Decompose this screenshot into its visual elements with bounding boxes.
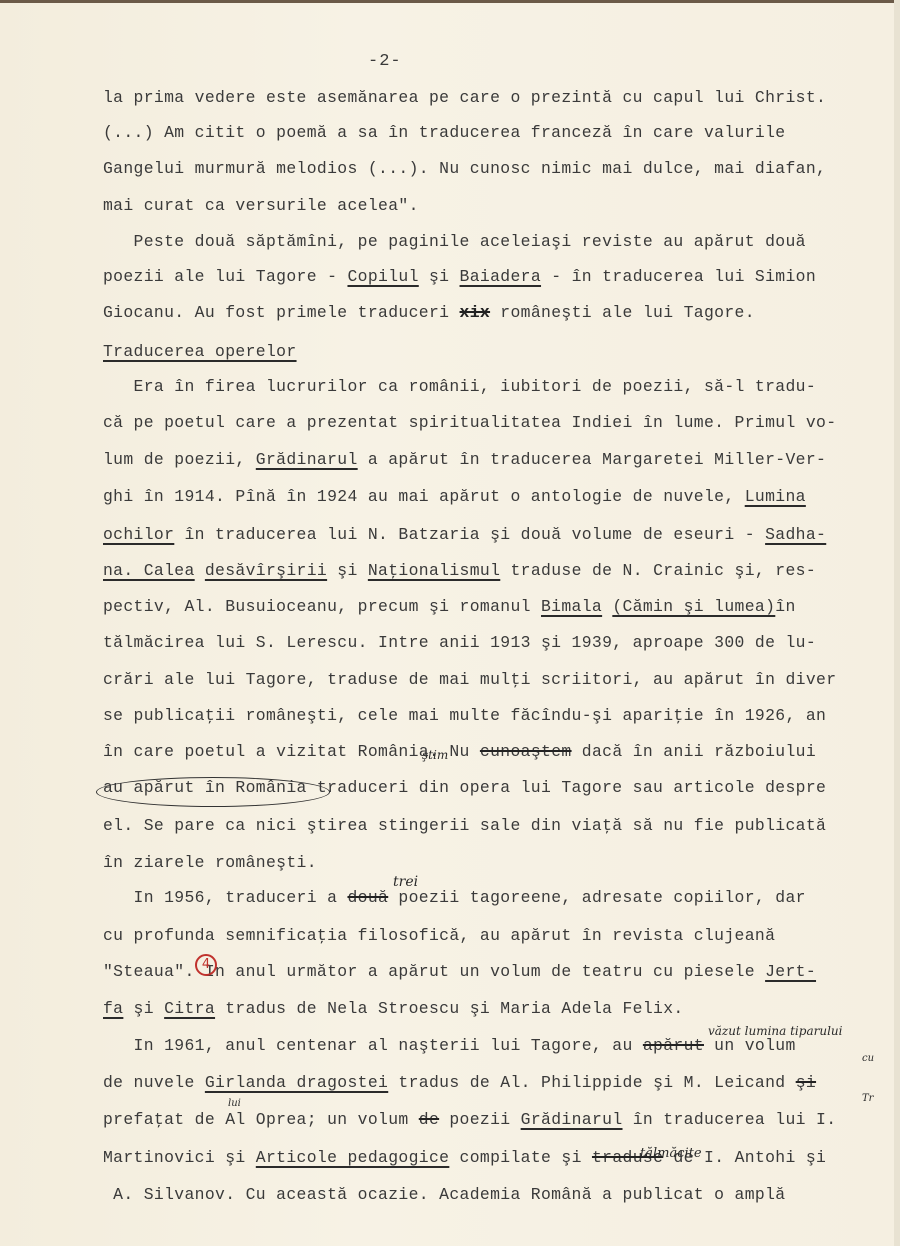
handwritten-correction-trei: trei [393, 874, 418, 890]
text-line: lum de poezii, Grădinarul a apărut în tr… [103, 450, 826, 470]
text-line: ochilor în traducerea lui N. Batzaria şi… [103, 525, 826, 545]
text-line: cu profunda semnificaţia filosofică, au … [103, 926, 775, 946]
text-line: Giocanu. Au fost primele traduceri xix r… [103, 303, 755, 323]
text-line: se publicaţii româneşti, cele mai multe … [103, 706, 826, 726]
text-line: în ziarele româneşti. [103, 853, 317, 873]
text-line: prefaţat de Al Oprea; un volum de poezii… [103, 1110, 836, 1130]
text-line: ghi în 1914. Pînă în 1924 au mai apărut … [103, 487, 806, 507]
handwritten-correction-lui: lui [228, 1098, 241, 1109]
text-line: că pe poetul care a prezentat spirituali… [103, 413, 836, 433]
text-line: în care poetul a vizitat România. Nu cun… [103, 742, 816, 762]
handwritten-correction-tr: Tr [862, 1093, 873, 1104]
text-line: pectiv, Al. Busuioceanu, precum şi roman… [103, 597, 796, 617]
text-line: Traducerea operelor [103, 342, 297, 362]
handwritten-correction-vazut: văzut lumina tiparului [708, 1024, 842, 1038]
text-line: de nuvele Girlanda dragostei tradus de A… [103, 1073, 816, 1093]
text-line: fa şi Citra tradus de Nela Stroescu şi M… [103, 999, 684, 1019]
typewritten-page [0, 0, 895, 1246]
handwritten-correction-stim: ştim [422, 748, 448, 762]
text-line: Martinovici şi Articole pedagogice compi… [103, 1148, 826, 1168]
text-line: la prima vedere este asemănarea pe care … [103, 88, 826, 108]
handwritten-correction-talmacite: tălmăcite [640, 1146, 702, 1161]
handwritten-correction-cu: cu [862, 1053, 874, 1064]
text-line: Gangelui murmură melodios (...). Nu cuno… [103, 159, 826, 179]
text-line: na. Calea desăvîrşirii şi Naţionalismul … [103, 561, 816, 581]
page-number: -2- [368, 52, 402, 71]
text-line: poezii ale lui Tagore - Copilul şi Baiad… [103, 267, 816, 287]
text-line: el. Se pare ca nici ştirea stingerii sal… [103, 816, 826, 836]
text-line: In 1961, anul centenar al naşterii lui T… [103, 1036, 796, 1056]
page-right-edge [894, 0, 900, 1246]
text-line: In 1956, traduceri a două poezii tagoree… [103, 888, 806, 908]
text-line: (...) Am citit o poemă a sa în traducere… [103, 123, 785, 143]
circled-phrase [96, 777, 330, 807]
text-line: A. Silvanov. Cu această ocazie. Academia… [103, 1185, 785, 1205]
footnote-marker: 4 [195, 954, 217, 976]
text-line: Era în firea lucrurilor ca românii, iubi… [103, 377, 816, 397]
text-line: crări ale lui Tagore, traduse de mai mul… [103, 670, 836, 690]
text-line: mai curat ca versurile acelea". [103, 196, 419, 216]
page-top-edge [0, 0, 900, 3]
text-line: tălmăcirea lui S. Lerescu. Intre anii 19… [103, 633, 816, 653]
text-line: Peste două săptămîni, pe paginile acelei… [103, 232, 806, 252]
